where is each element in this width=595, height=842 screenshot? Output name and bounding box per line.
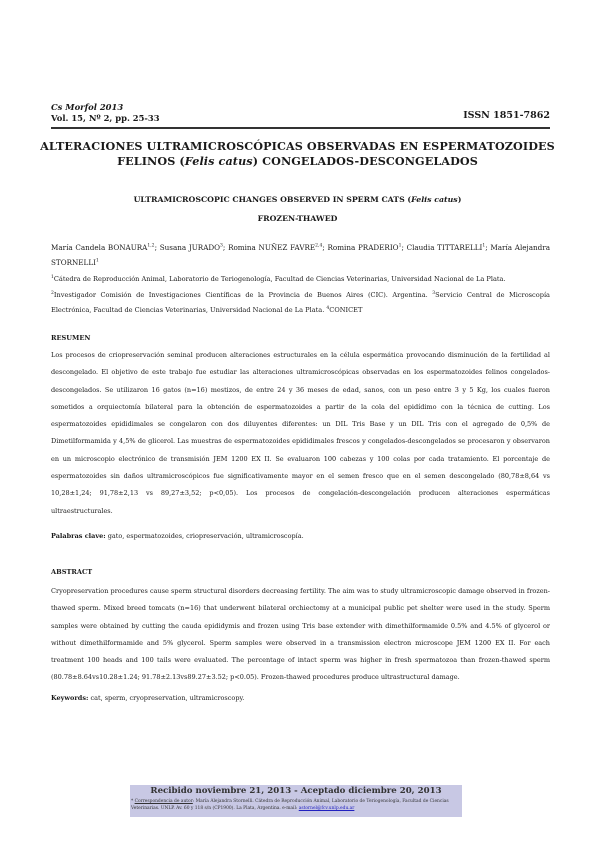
journal-citation: Cs Morfol 2013 Vol. 15, Nº 2, pp. 25-33: [51, 102, 160, 124]
journal-name: Cs Morfol 2013: [51, 102, 160, 113]
abstract-body: Cryopreservation procedures cause sperm …: [51, 583, 550, 687]
species-name: Felis catus: [411, 195, 458, 204]
author-affil-marker: 1: [399, 244, 402, 249]
author: Claudia TITTARELLI: [407, 243, 483, 252]
resumen-body: Los procesos de criopreservación seminal…: [51, 347, 550, 520]
title-en-text: ULTRAMICROSCOPIC CHANGES OBSERVED IN SPE…: [134, 195, 412, 204]
author-affil-marker: 1: [482, 244, 485, 249]
author: Susana JURADO: [160, 243, 220, 252]
author-affil-marker: 1,2: [147, 244, 154, 249]
title-es-text: FELINOS (: [117, 154, 185, 168]
species-name: Felis catus: [185, 154, 253, 168]
correspondence-label: Correspondencia de autor: [135, 799, 193, 804]
title-es-line1: ALTERACIONES ULTRAMICROSCÓPICAS OBSERVAD…: [40, 139, 555, 154]
footer-box: Recibido noviembre 21, 2013 - Aceptado d…: [130, 785, 462, 817]
affiliation-1: Cátedra de Reproducción Animal, Laborato…: [54, 275, 506, 283]
author: María Candela BONAURA: [51, 243, 147, 252]
journal-volume: Vol. 15, Nº 2, pp. 25-33: [51, 113, 160, 124]
resumen-keywords: Palabras clave: gato, espermatozoides, c…: [51, 532, 550, 540]
correspondence-note: * Correspondencia de autor: María Alejan…: [131, 799, 460, 812]
affiliations: 1Cátedra de Reproducción Animal, Laborat…: [51, 272, 550, 319]
abstract-keywords: Keywords: cat, sperm, cryopreservation, …: [51, 694, 550, 702]
header-rule: [51, 127, 550, 129]
affiliation-2: Investigador Comisión de Investigaciones…: [54, 291, 428, 299]
author: Romina NUÑEZ FAVRE: [228, 243, 315, 252]
title-en-line1: ULTRAMICROSCOPIC CHANGES OBSERVED IN SPE…: [40, 190, 555, 209]
title-en-text: ): [458, 195, 462, 204]
paper-page: Cs Morfol 2013 Vol. 15, Nº 2, pp. 25-33 …: [0, 0, 595, 842]
author-list: María Candela BONAURA1,2; Susana JURADO3…: [51, 240, 550, 270]
title-english: ULTRAMICROSCOPIC CHANGES OBSERVED IN SPE…: [40, 190, 555, 228]
affiliation-4: CONICET: [329, 306, 362, 314]
keywords-text: gato, espermatozoides, criopreservación,…: [106, 532, 304, 540]
author-affil-marker: 2,4: [315, 244, 322, 249]
author-affil-marker: 3: [220, 244, 223, 249]
title-en-line2: FROZEN-THAWED: [40, 209, 555, 228]
received-dates: Recibido noviembre 21, 2013 - Aceptado d…: [130, 786, 462, 796]
abstract-heading: ABSTRACT: [51, 568, 92, 576]
title-spanish: ALTERACIONES ULTRAMICROSCÓPICAS OBSERVAD…: [40, 139, 555, 169]
issn: ISSN 1851-7862: [463, 110, 550, 121]
title-es-line2: FELINOS (Felis catus) CONGELADOS-DESCONG…: [40, 154, 555, 169]
author-email-link[interactable]: astornel@fcv.unlp.edu.ar: [299, 806, 355, 811]
title-es-text: ) CONGELADOS-DESCONGELADOS: [253, 154, 478, 168]
author-affil-marker: 1: [96, 259, 99, 264]
resumen-heading: RESUMEN: [51, 334, 90, 342]
keywords-label: Keywords:: [51, 694, 88, 702]
author: Romina PRADERIO: [327, 243, 398, 252]
keywords-label: Palabras clave:: [51, 532, 106, 540]
keywords-text: cat, sperm, cryopreservation, ultramicro…: [88, 694, 244, 702]
